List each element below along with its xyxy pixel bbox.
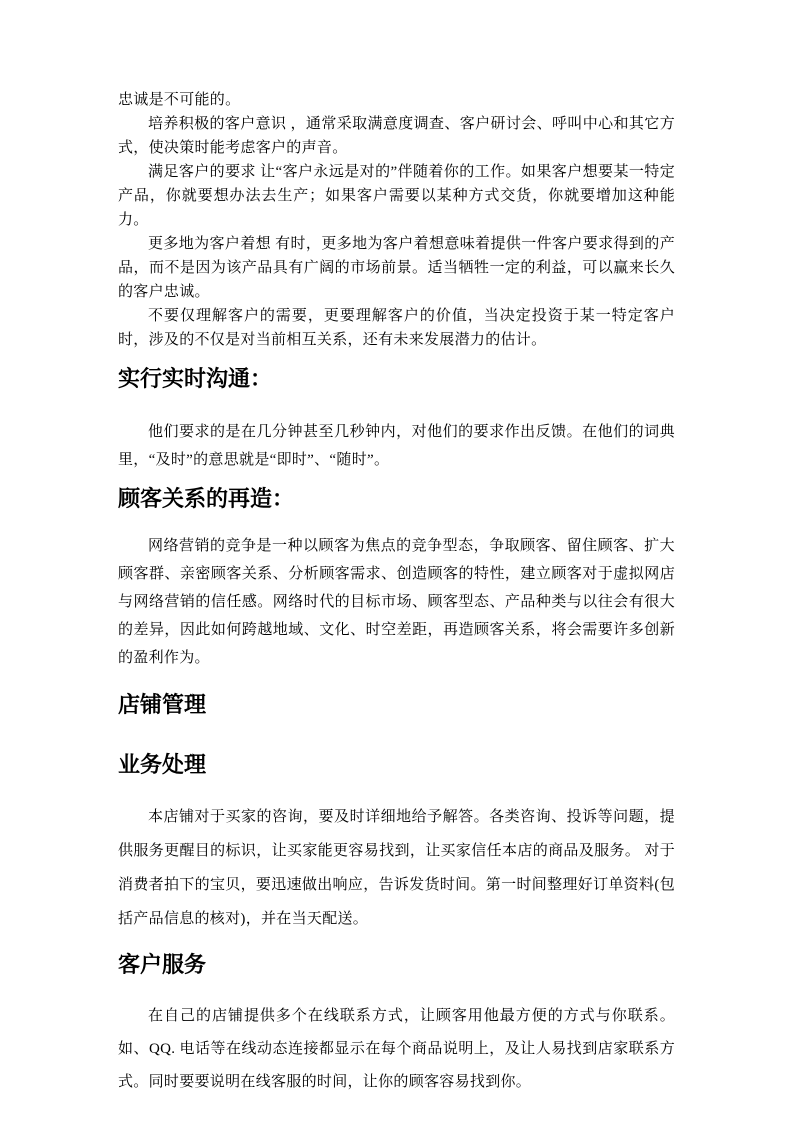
paragraph-meet-customer-demand: 满足客户的要求 让“客户永远是对的”伴随着你的工作。如果客户想要某一特定产品，你…: [118, 160, 675, 232]
paragraph-customer-relationship-rebuild: 网络营销的竞争是一种以顾客为焦点的竞争型态，争取顾客、留住顾客、扩大顾客群、亲密…: [118, 532, 675, 672]
paragraph-continuation: 忠诚是不可能的。: [118, 88, 675, 112]
heading-realtime-communication: 实行实时沟通：: [118, 364, 675, 394]
paragraph-customer-service: 在自己的店铺提供多个在线联系方式，让顾客用他最方便的方式与你联系。如、QQ. 电…: [118, 1000, 675, 1099]
paragraph-realtime-communication: 他们要求的是在几分钟甚至几秒钟内，对他们的要求作出反馈。在他们的词典里，“及时”…: [118, 418, 675, 474]
intro-block: 忠诚是不可能的。 培养积极的客户意识 ，通常采取满意度调查、客户研讨会、呼叫中心…: [118, 88, 675, 352]
heading-customer-service: 客户服务: [118, 950, 675, 980]
heading-customer-relationship-rebuild: 顾客关系的再造：: [118, 484, 675, 514]
heading-business-processing: 业务处理: [118, 750, 675, 780]
paragraph-think-for-customer: 更多地为客户着想 有时，更多地为客户着想意味着提供一件客户要求得到的产品，而不是…: [118, 232, 675, 304]
heading-shop-management: 店铺管理: [118, 690, 675, 720]
paragraph-business-processing: 本店铺对于买家的咨询，要及时详细地给予解答。各类咨询、投诉等问题，提供服务更醒目…: [118, 800, 675, 936]
document-page: 忠诚是不可能的。 培养积极的客户意识 ，通常采取满意度调查、客户研讨会、呼叫中心…: [0, 0, 793, 1122]
paragraph-customer-value: 不要仅理解客户的需要，更要理解客户的价值，当决定投资于某一特定客户时，涉及的不仅…: [118, 304, 675, 352]
paragraph-customer-awareness: 培养积极的客户意识 ，通常采取满意度调查、客户研讨会、呼叫中心和其它方式，使决策…: [118, 112, 675, 160]
